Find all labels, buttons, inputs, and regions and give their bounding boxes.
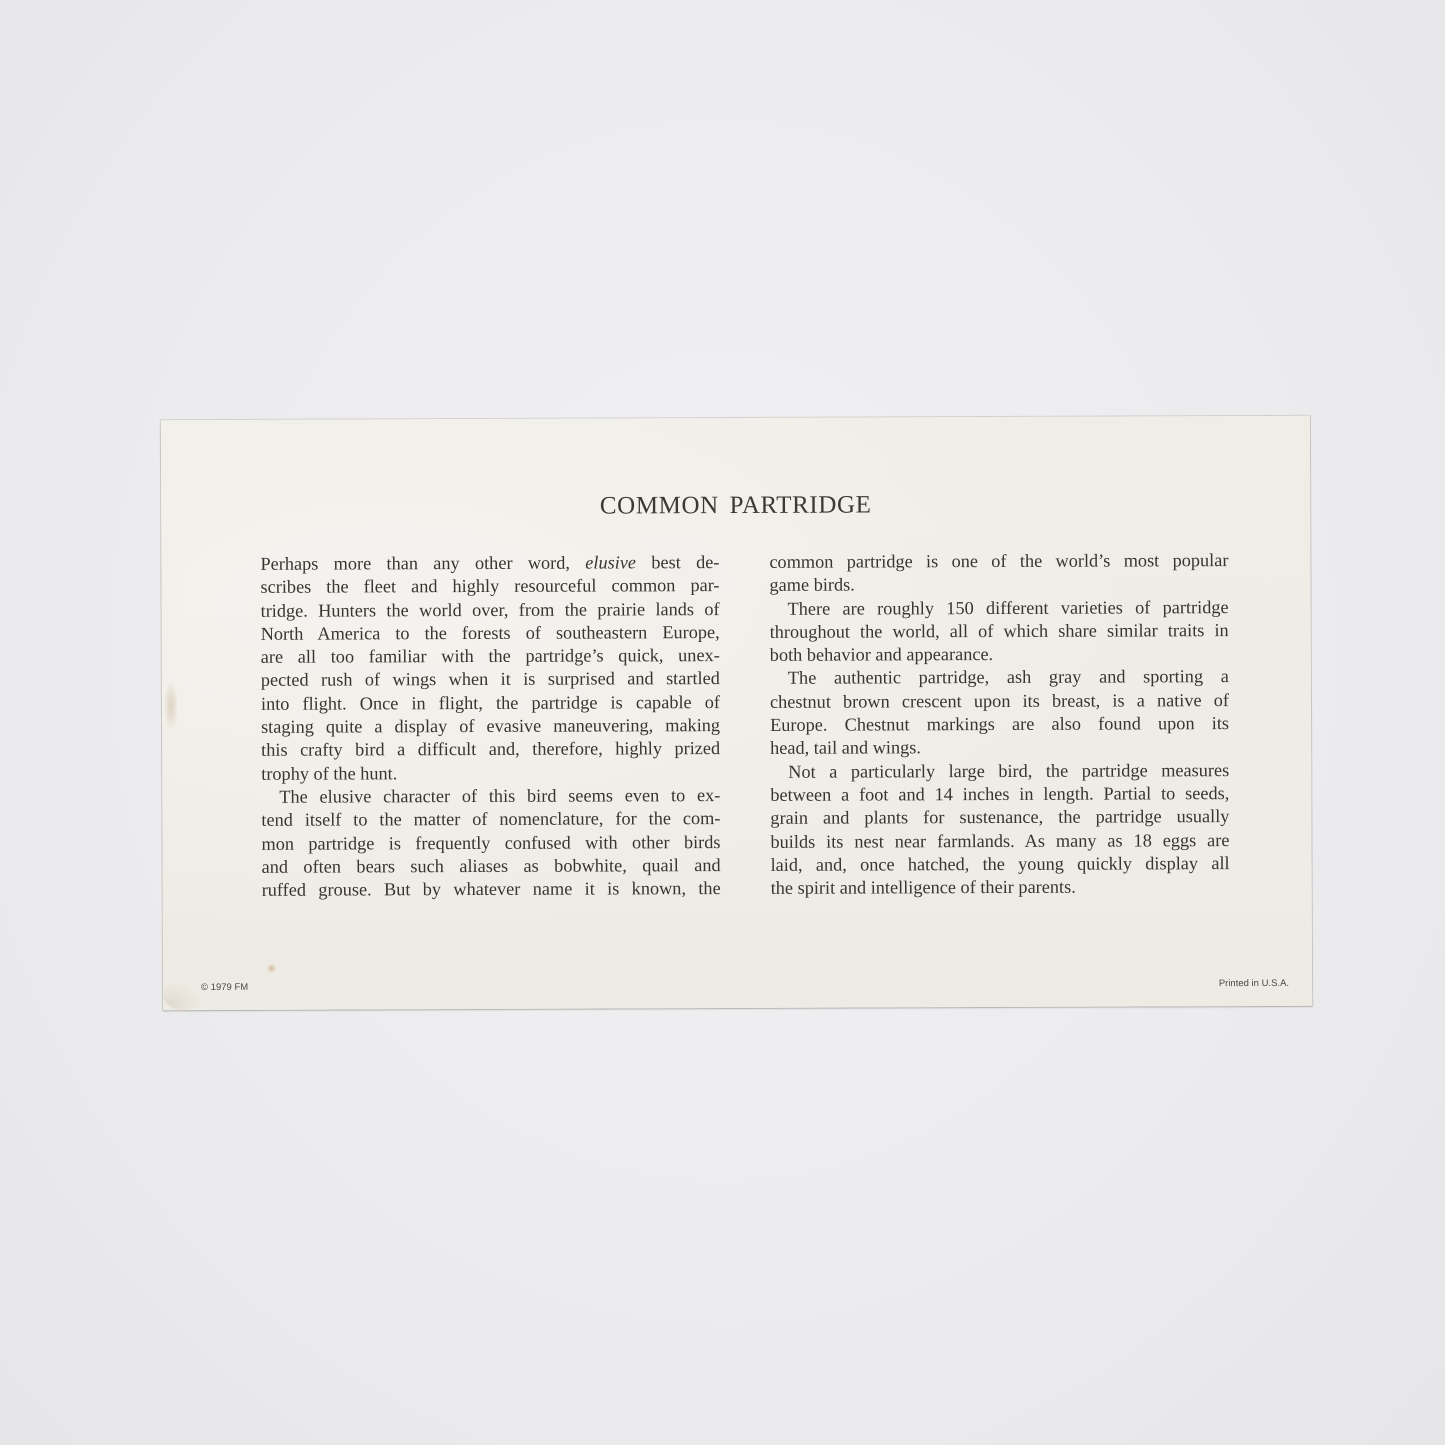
- printed-in-notice: Printed in U.S.A.: [1219, 978, 1289, 989]
- text-line: tend itself to the matter of nomenclatur…: [261, 807, 720, 832]
- info-card: COMMON PARTRIDGE Perhaps more than any o…: [161, 416, 1312, 1010]
- text-line: The elusive character of this bird seems…: [261, 784, 720, 809]
- text-line: scribes the fleet and highly resourceful…: [260, 574, 719, 599]
- text-line: into flight. Once in flight, the partrid…: [261, 691, 720, 716]
- paper-stain: [164, 682, 178, 730]
- text-line: There are roughly 150 different varietie…: [770, 596, 1229, 621]
- text-line: the spirit and intelligence of their par…: [771, 875, 1230, 900]
- text-column-right: common partridge is one of the world’s m…: [769, 549, 1229, 900]
- text-line: laid, and, once hatched, the young quick…: [771, 852, 1230, 877]
- text-line: builds its nest near farmlands. As many …: [770, 829, 1229, 854]
- text-line: tridge. Hunters the world over, from the…: [261, 598, 720, 623]
- text-line: trophy of the hunt.: [261, 761, 720, 786]
- text-line: Perhaps more than any other word, elusiv…: [260, 551, 719, 576]
- text-line: Europe. Chestnut markings are also found…: [770, 712, 1229, 737]
- text-line: game birds.: [769, 572, 1228, 597]
- text-column-left: Perhaps more than any other word, elusiv…: [260, 551, 720, 902]
- paper-stain: [163, 980, 203, 1010]
- text-line: both behavior and appearance.: [770, 642, 1229, 667]
- text-line: pected rush of wings when it is surprise…: [261, 668, 720, 693]
- text-line: throughout the world, all of which share…: [770, 619, 1229, 644]
- text-line: head, tail and wings.: [770, 735, 1229, 760]
- text-line: The authentic partridge, ash gray and sp…: [770, 666, 1229, 691]
- text-line: common partridge is one of the world’s m…: [769, 549, 1228, 574]
- text-line: this crafty bird a difficult and, theref…: [261, 737, 720, 762]
- text-line: mon partridge is frequently confused wit…: [261, 831, 720, 856]
- text-line: staging quite a display of evasive maneu…: [261, 714, 720, 739]
- text-line: ruffed grouse. But by whatever name it i…: [262, 877, 721, 902]
- text-line: grain and plants for sustenance, the par…: [770, 805, 1229, 830]
- text-line: Not a particularly large bird, the partr…: [770, 759, 1229, 784]
- text-line: North America to the forests of southeas…: [261, 621, 720, 646]
- paper-stain: [267, 964, 276, 973]
- text-line: and often bears such aliases as bobwhite…: [262, 854, 721, 879]
- emphasized-word: elusive: [585, 552, 636, 572]
- text-line: between a foot and 14 inches in length. …: [770, 782, 1229, 807]
- copyright-notice: © 1979 FM: [201, 982, 248, 993]
- card-title: COMMON PARTRIDGE: [161, 490, 1310, 522]
- text-line: are all too familiar with the partridge’…: [261, 644, 720, 669]
- text-line: chestnut brown crescent upon its breast,…: [770, 689, 1229, 714]
